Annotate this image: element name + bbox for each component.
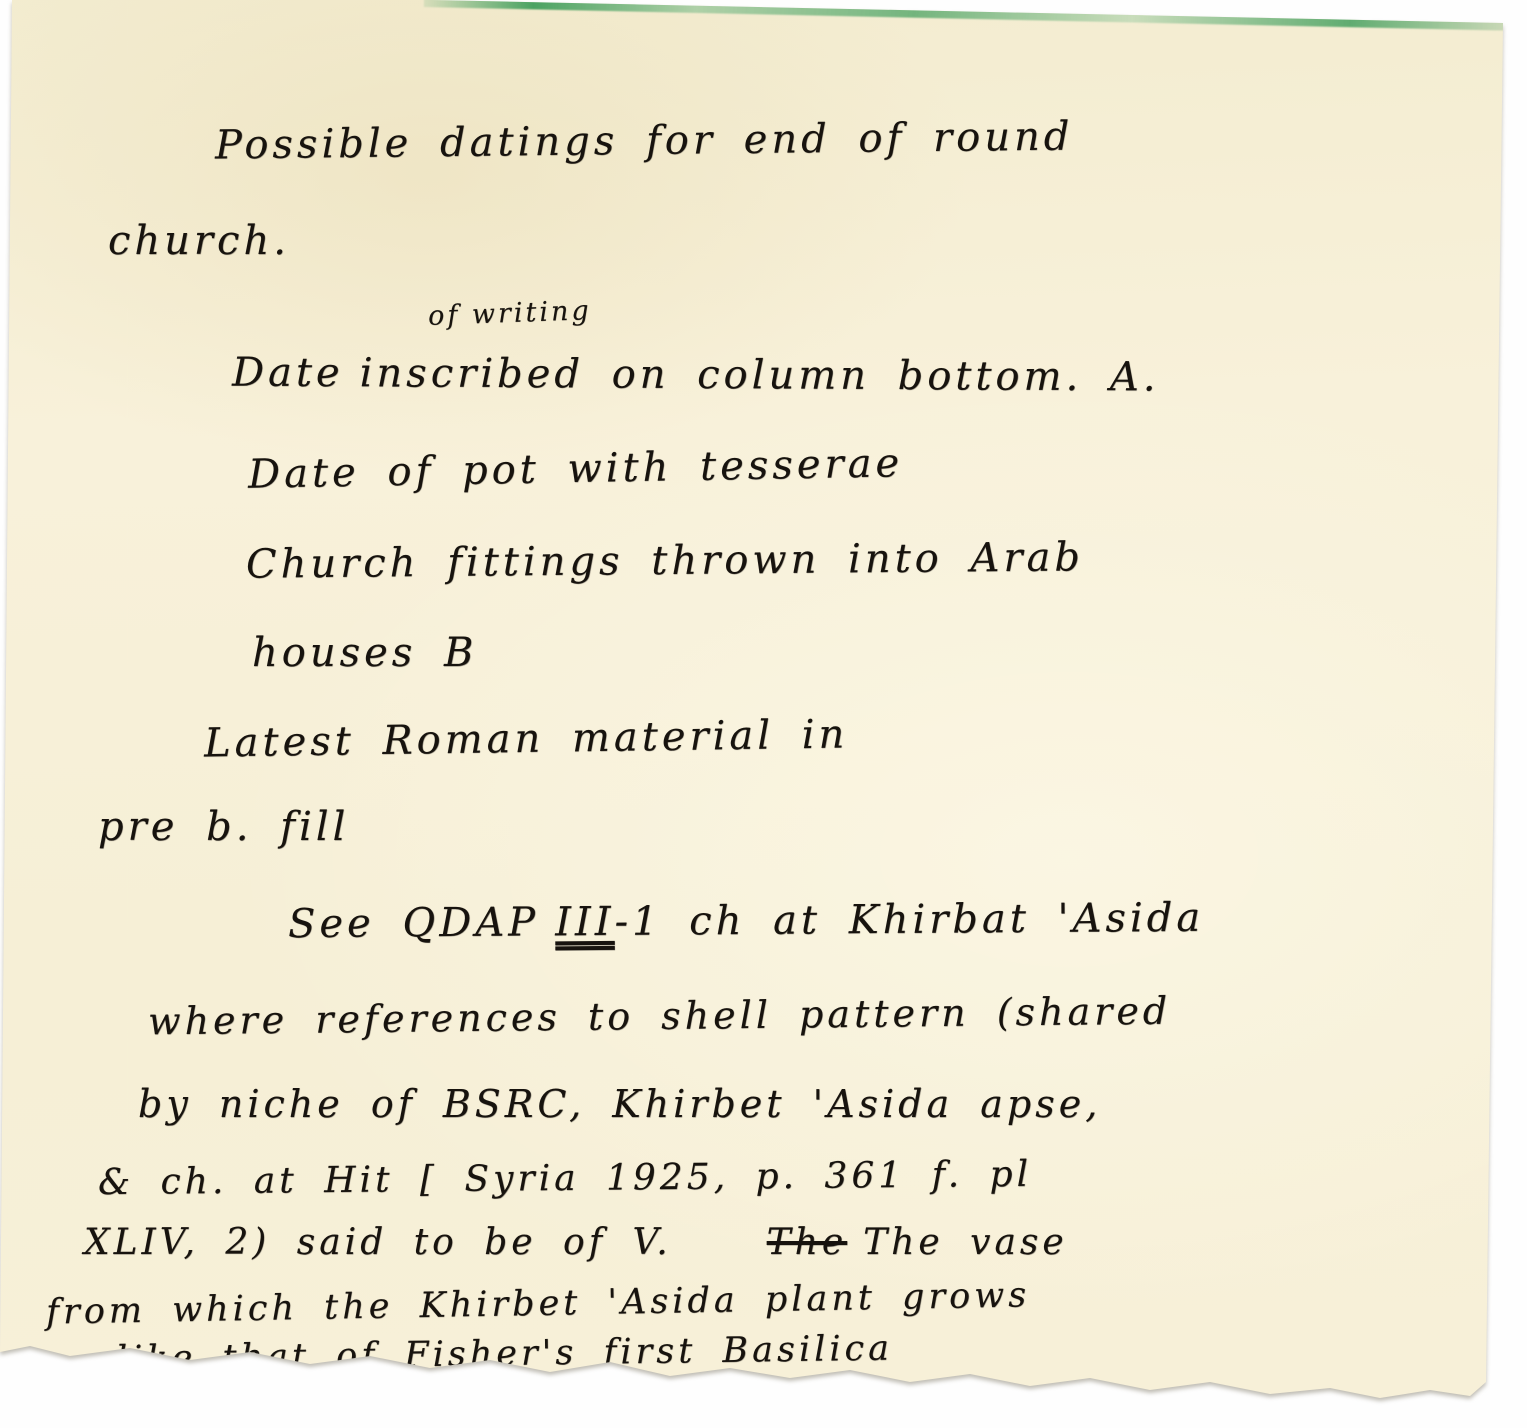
line-13-prefix: XLIV, 2) said to be of V. [84,1222,672,1263]
handwriting-line-15: like that of Fisher's first Basilica [116,1329,893,1380]
handwriting-line-11: by niche of BSRC, Khirbet 'Asida apse, [138,1082,1101,1126]
handwriting-line-7: Latest Roman material in [204,712,849,767]
paper-surface: Possible datings for end of round church… [0,0,1527,1428]
green-scan-edge [424,0,1514,31]
handwriting-line-9: See QDAPIII-1 ch at Khirbat 'Asida [288,895,1204,947]
scan-background: { "document": { "type_label": "handwritt… [0,0,1527,1428]
line-9-roman-numeral: III [555,899,615,945]
handwriting-line-12: & ch. at Hit [ Syria 1925, p. 361 f. pl [98,1154,1032,1203]
line-3-rest: inscribed on column bottom. A. [360,350,1160,400]
line-13-rest: The vase [863,1222,1068,1263]
handwriting-line-4: Date of pot with tesserae [248,440,904,497]
handwriting-line-13: XLIV, 2) said to be of V.TheThe vase [84,1222,1068,1263]
handwriting-line-8: pre b. fill [98,804,349,850]
line-3-prefix: Date [232,350,344,397]
interlinear-insertion: of writing [428,295,593,332]
paper-sheet: Possible datings for end of round church… [0,0,1527,1428]
handwriting-line-14: from which the Khirbet 'Asida plant grow… [46,1275,1031,1332]
handwriting-line-2: church. [108,218,290,264]
line-9-rest: -1 ch at Khirbat 'Asida [614,895,1204,945]
handwriting-line-1: Possible datings for end of round [215,114,1074,169]
line-9-prefix: See QDAP [288,899,539,947]
crossed-out-word: The [767,1222,848,1263]
handwriting-line-6: houses B [252,630,477,676]
handwriting-line-10: where references to shell pattern (share… [148,989,1172,1044]
handwriting-line-3: Dateinscribed on column bottom. A. [232,350,1160,401]
handwriting-line-5: Church fittings thrown into Arab [246,534,1084,587]
